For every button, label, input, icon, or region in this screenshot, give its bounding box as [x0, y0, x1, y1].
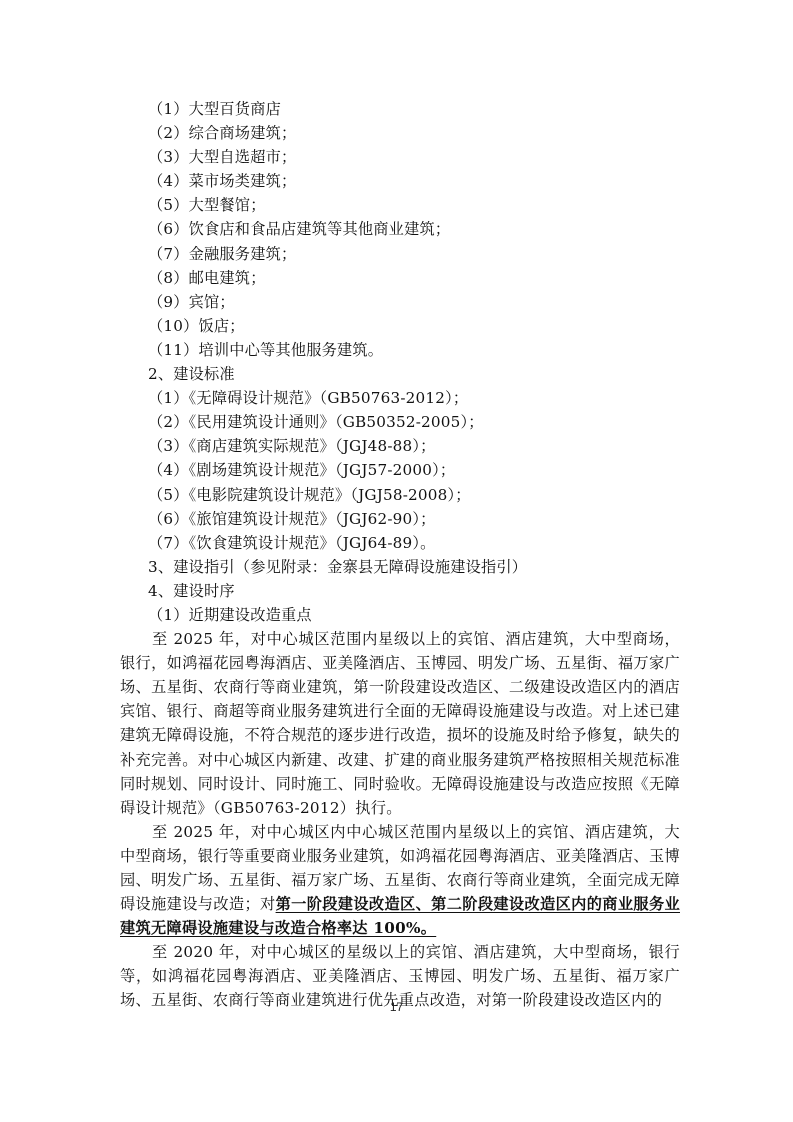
standards-list: （1）《无障碍设计规范》（GB50763-2012）； （2）《民用建筑设计通则…	[120, 386, 680, 555]
list-item: （9）宾馆；	[120, 290, 680, 314]
list-item: （1）大型百货商店	[120, 97, 680, 121]
list-item: （6）饮食店和食品店建筑等其他商业建筑；	[120, 217, 680, 241]
page-number: 17	[0, 1000, 793, 1014]
section-heading-schedule: 4、建设时序	[120, 579, 680, 603]
list-item: （11）培训中心等其他服务建筑。	[120, 338, 680, 362]
paragraph: 至 2025 年，对中心城区范围内星级以上的宾馆、酒店建筑，大中型商场，银行，如…	[120, 627, 680, 820]
list-item: （6）《旅馆建筑设计规范》（JGJ62-90）；	[120, 507, 680, 531]
building-type-list: （1）大型百货商店 （2）综合商场建筑； （3）大型自选超市； （4）菜市场类建…	[120, 97, 680, 362]
list-item: （4）《剧场建筑设计规范》（JGJ57-2000）；	[120, 458, 680, 482]
list-item: （5）大型餐馆；	[120, 193, 680, 217]
paragraph-emphasis: 至 2025 年，对中心城区内中心城区范围内星级以上的宾馆、酒店建筑，大中型商场…	[120, 820, 680, 940]
list-item: （7）金融服务建筑；	[120, 242, 680, 266]
subsection-heading: （1）近期建设改造重点	[120, 603, 680, 627]
section-heading-standards: 2、建设标准	[120, 362, 680, 386]
list-item: （10）饭店；	[120, 314, 680, 338]
list-item: （3）大型自选超市；	[120, 145, 680, 169]
list-item: （8）邮电建筑；	[120, 266, 680, 290]
section-heading-guidance: 3、建设指引（参见附录：金寨县无障碍设施建设指引）	[120, 555, 680, 579]
list-item: （5）《电影院建筑设计规范》（JGJ58-2008）；	[120, 483, 680, 507]
list-item: （7）《饮食建筑设计规范》（JGJ64-89）。	[120, 531, 680, 555]
document-page: （1）大型百货商店 （2）综合商场建筑； （3）大型自选超市； （4）菜市场类建…	[120, 97, 680, 1013]
list-item: （4）菜市场类建筑；	[120, 169, 680, 193]
list-item: （2）综合商场建筑；	[120, 121, 680, 145]
list-item: （2）《民用建筑设计通则》（GB50352-2005）；	[120, 410, 680, 434]
list-item: （3）《商店建筑实际规范》（JGJ48-88）；	[120, 434, 680, 458]
list-item: （1）《无障碍设计规范》（GB50763-2012）；	[120, 386, 680, 410]
